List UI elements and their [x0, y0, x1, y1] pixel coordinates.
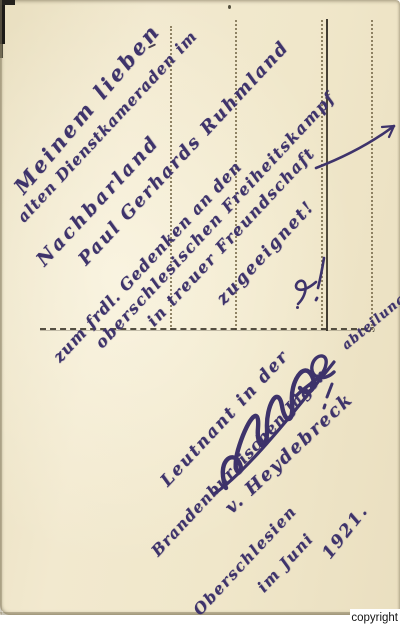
address-divider-line: [371, 20, 373, 330]
dedication-line: Meinem lieben: [8, 18, 165, 198]
ink-flourish-stroke: [312, 112, 400, 174]
copyright-tag: copyright: [350, 609, 400, 627]
signature-line: abteilung: [339, 291, 400, 353]
ink-speck: [228, 5, 231, 9]
card-left-edge: [0, 0, 2, 615]
ink-scrawl-marks: [290, 232, 342, 312]
postcard-back: S Meinem lieben alten Dienstkameraden im…: [0, 0, 400, 615]
ink-speck: [296, 306, 299, 309]
scan-corner-smudge: [0, 0, 15, 5]
copyright-label: copyright: [351, 612, 398, 624]
signature-line: 1921.: [318, 501, 373, 563]
